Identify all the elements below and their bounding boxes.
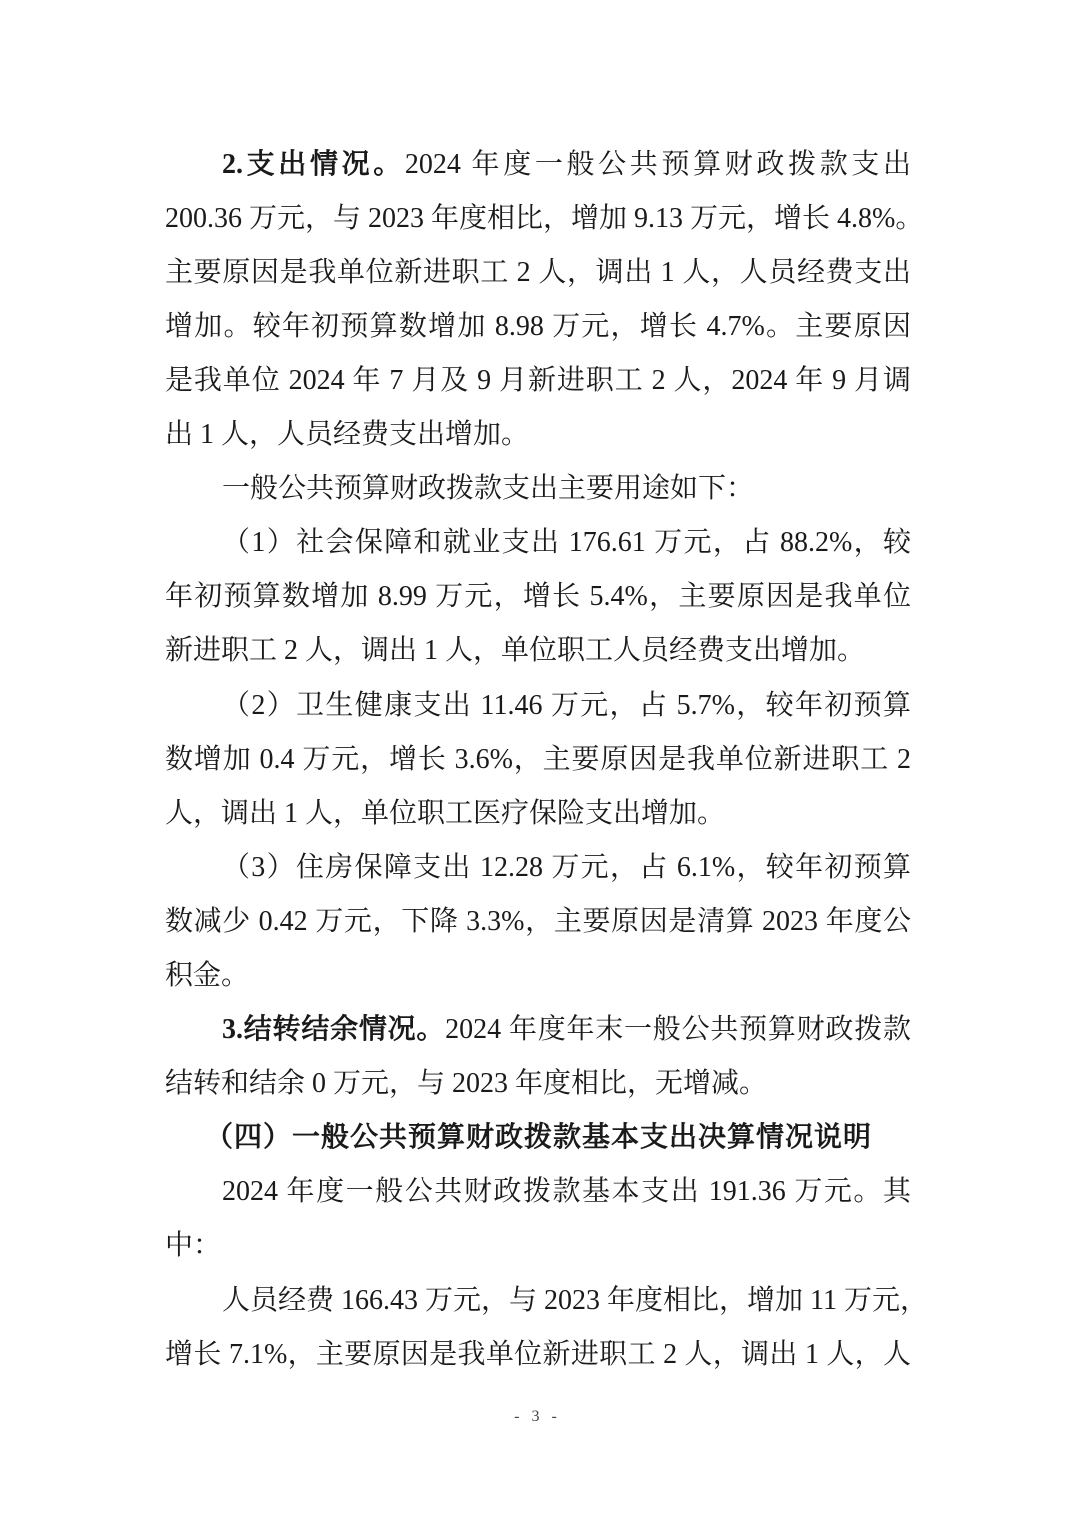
paragraph-line: 出 1 人，人员经费支出增加。 [165,415,911,455]
item-3-line-1: （3）住房保障支出 12.28 万元，占 6.1%，较年初预算 [222,848,911,888]
item-1-line-2: 年初预算数增加 8.99 万元，增长 5.4%，主要原因是我单位 [165,577,911,617]
item-2-line-1: （2）卫生健康支出 11.46 万元，占 5.7%，较年初预算 [222,686,911,726]
paragraph-personnel-line-2: 增长 7.1%，主要原因是我单位新进职工 2 人，调出 1 人，人 [165,1335,911,1375]
item-2-line-3: 人，调出 1 人，单位职工医疗保险支出增加。 [165,794,911,834]
section-heading-basic-expenditure: （四）一般公共预算财政拨款基本支出决算情况说明 [205,1118,894,1158]
item-3-line-3: 积金。 [165,956,911,996]
item-1-line-3: 新进职工 2 人，调出 1 人，单位职工人员经费支出增加。 [165,631,911,671]
paragraph-personnel-line-1: 人员经费 166.43 万元，与 2023 年度相比，增加 11 万元， [222,1281,911,1321]
paragraph-line: 增加。较年初预算数增加 8.98 万元，增长 4.7%。主要原因 [165,307,911,347]
paragraph-carryover-line-2: 结转和结余 0 万元，与 2023 年度相比，无增减。 [165,1064,911,1104]
section-heading-carryover: 3.结转结余情况。 [222,1014,445,1045]
page-number: - 3 - [0,1408,1075,1426]
paragraph-expenditure-line-1: 2.支出情况。2024 年度一般公共预算财政拨款支出 [222,145,911,185]
paragraph-carryover-line-1: 3.结转结余情况。2024 年度年末一般公共预算财政拨款 [222,1010,911,1050]
paragraph-line: 200.36 万元，与 2023 年度相比，增加 9.13 万元，增长 4.8%… [165,199,911,239]
paragraph-basic-line-2: 中： [165,1226,911,1266]
item-2-line-2: 数增加 0.4 万元，增长 3.6%，主要原因是我单位新进职工 2 [165,740,911,780]
paragraph-line: 主要原因是我单位新进职工 2 人，调出 1 人，人员经费支出 [165,253,911,293]
item-3-line-2: 数减少 0.42 万元，下降 3.3%，主要原因是清算 2023 年度公 [165,902,911,942]
paragraph-basic-line-1: 2024 年度一般公共财政拨款基本支出 191.36 万元。其 [222,1172,911,1212]
item-1-line-1: （1）社会保障和就业支出 176.61 万元，占 88.2%，较 [222,523,911,563]
paragraph-line: 是我单位 2024 年 7 月及 9 月新进职工 2 人，2024 年 9 月调 [165,361,911,401]
section-heading-expenditure: 2.支出情况。 [222,149,405,180]
paragraph-usage-intro: 一般公共预算财政拨款支出主要用途如下： [222,469,911,509]
document-page: 2.支出情况。2024 年度一般公共预算财政拨款支出 200.36 万元，与 2… [0,0,1075,1520]
